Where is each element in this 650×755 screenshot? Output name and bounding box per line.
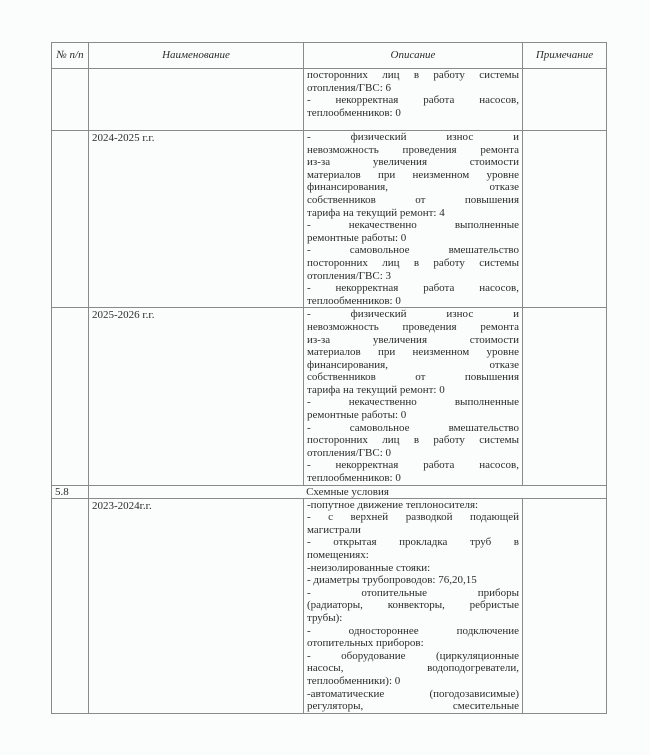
description-line: тарифа на текущий ремонт: 0 (307, 384, 519, 397)
description-line: отопительных приборов: (307, 637, 519, 650)
header-note: Примечание (523, 43, 607, 69)
description-line: материалов при неизменном уровне (307, 346, 519, 359)
row-num (52, 131, 89, 308)
description-line: посторонних лиц в работу системы (307, 434, 519, 447)
description-line: отопления/ГВС: 3 (307, 270, 519, 283)
table-row: 2025-2026 г.г.- физический износ иневозм… (52, 308, 607, 485)
description-line: -неизолированные стояки: (307, 562, 519, 575)
row-name (89, 69, 304, 131)
description-line: трубы): (307, 612, 519, 625)
row-note (523, 69, 607, 131)
header-description: Описание (304, 43, 523, 69)
description-line: посторонних лиц в работу системы (307, 257, 519, 270)
document-page: № п/п Наименование Описание Примечание п… (0, 0, 650, 755)
description-line: - самовольное вмешательство (307, 244, 519, 257)
row-note (523, 498, 607, 713)
table-row: 2024-2025 г.г.- физический износ иневозм… (52, 131, 607, 308)
description-line: материалов при неизменном уровне (307, 169, 519, 182)
description-line: (радиаторы, конвекторы, ребристые (307, 599, 519, 612)
description-line: - открытая прокладка труб в (307, 536, 519, 549)
description-line: теплообменников: 0 (307, 107, 519, 120)
row-num (52, 69, 89, 131)
section-num: 5.8 (52, 485, 89, 498)
description-line: финансирования, отказе (307, 359, 519, 372)
description-line: - с верхней разводкой подающей (307, 511, 519, 524)
description-line: теплообменников: 0 (307, 295, 519, 308)
description-line: - некорректная работа насосов, (307, 94, 519, 107)
table-row: 2023-2024г.г.-попутное движение теплонос… (52, 498, 607, 713)
header-name: Наименование (89, 43, 304, 69)
description-line: -автоматические (погодозависимые) (307, 688, 519, 701)
description-line: - физический износ и (307, 131, 519, 144)
description-line: - физический износ и (307, 308, 519, 321)
description-line: финансирования, отказе (307, 181, 519, 194)
description-line: - диаметры трубопроводов: 76,20,15 (307, 574, 519, 587)
description-line: насосы, водоподогреватели, (307, 662, 519, 675)
description-line: регуляторы, смесительные (307, 700, 519, 713)
description-line: ремонтные работы: 0 (307, 409, 519, 422)
description-line: - некорректная работа насосов, (307, 459, 519, 472)
row-note (523, 308, 607, 485)
description-line: - некорректная работа насосов, (307, 282, 519, 295)
row-note (523, 131, 607, 308)
description-line: тарифа на текущий ремонт: 4 (307, 207, 519, 220)
description-line: собственников от повышения (307, 371, 519, 384)
description-line: - одностороннее подключение (307, 625, 519, 638)
description-line: из-за увеличения стоимости (307, 156, 519, 169)
description-cell: - физический износ иневозможность провед… (304, 131, 523, 308)
row-num (52, 498, 89, 713)
description-line: - некачественно выполненные (307, 219, 519, 232)
description-line: отопления/ГВС: 0 (307, 447, 519, 460)
description-line: теплообменники): 0 (307, 675, 519, 688)
row-num (52, 308, 89, 485)
description-line: -попутное движение теплоносителя: (307, 499, 519, 512)
description-line: невозможность проведения ремонта (307, 321, 519, 334)
description-cell: -попутное движение теплоносителя:- с вер… (304, 498, 523, 713)
section-row: 5.8Схемные условия (52, 485, 607, 498)
description-line: магистрали (307, 524, 519, 537)
description-line: невозможность проведения ремонта (307, 144, 519, 157)
description-line: - самовольное вмешательство (307, 422, 519, 435)
description-line: посторонних лиц в работу системы (307, 69, 519, 82)
description-line: помещениях: (307, 549, 519, 562)
description-line: - оборудование (циркуляционные (307, 650, 519, 663)
conditions-table: № п/п Наименование Описание Примечание п… (51, 42, 607, 714)
table-row: посторонних лиц в работу системыотоплени… (52, 69, 607, 131)
description-line: собственников от повышения (307, 194, 519, 207)
section-title: Схемные условия (89, 485, 607, 498)
description-line: из-за увеличения стоимости (307, 334, 519, 347)
description-line: - отопительные приборы (307, 587, 519, 600)
description-line: ремонтные работы: 0 (307, 232, 519, 245)
description-cell: посторонних лиц в работу системыотоплени… (304, 69, 523, 131)
row-name: 2023-2024г.г. (89, 498, 304, 713)
description-line: - некачественно выполненные (307, 396, 519, 409)
description-line: отопления/ГВС: 6 (307, 82, 519, 95)
description-line: теплообменников: 0 (307, 472, 519, 485)
row-name: 2024-2025 г.г. (89, 131, 304, 308)
header-num: № п/п (52, 43, 89, 69)
table-header-row: № п/п Наименование Описание Примечание (52, 43, 607, 69)
description-cell: - физический износ иневозможность провед… (304, 308, 523, 485)
row-name: 2025-2026 г.г. (89, 308, 304, 485)
